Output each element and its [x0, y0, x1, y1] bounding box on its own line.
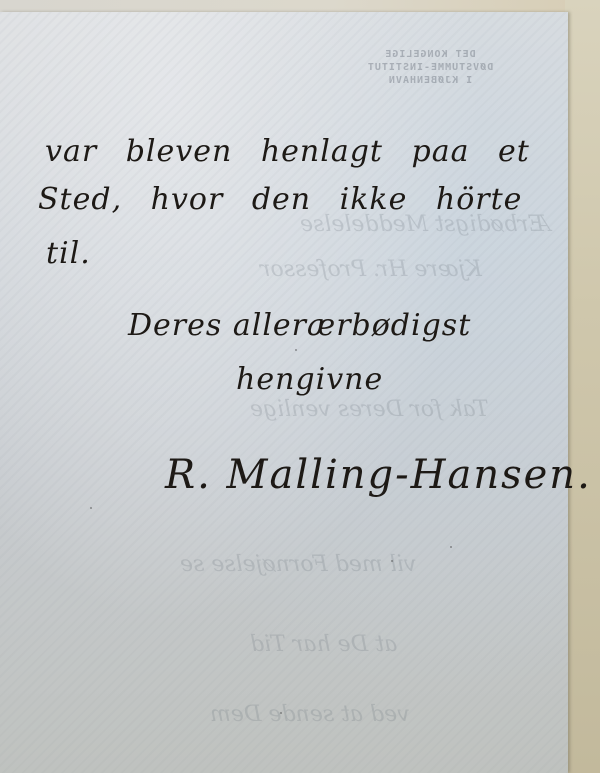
letter-page: DET KONGELIGE DØVSTUMME-INSTITUT I KJØBE…: [0, 12, 568, 773]
body-line: var bleven henlagt paa et: [45, 134, 530, 169]
letterhead-line: DET KONGELIGE: [355, 48, 505, 61]
bleed-through-line: ved at sende Dem: [210, 702, 410, 727]
letterhead-bleed-through: DET KONGELIGE DØVSTUMME-INSTITUT I KJØBE…: [355, 48, 505, 87]
backing-sheet: [565, 0, 600, 773]
paper-speck: [295, 349, 297, 351]
letterhead-line: DØVSTUMME-INSTITUT: [355, 61, 505, 74]
closing-salutation: Deres allerærbødigst: [128, 308, 471, 343]
bleed-through-line: Kjære Hr. Professor: [260, 257, 482, 282]
body-line: Sted, hvor den ikke hörte: [38, 182, 522, 217]
closing-salutation-2: hengivne: [236, 362, 383, 397]
bleed-through-line: vil med Fornøjelse se: [180, 552, 416, 577]
paper-speck: [391, 560, 393, 562]
bleed-through-line: at De har Tid: [250, 632, 397, 657]
body-line: til.: [46, 236, 91, 271]
bleed-through-line: Tak for Deres venlige: [250, 397, 489, 422]
letter-photo: DET KONGELIGE DØVSTUMME-INSTITUT I KJØBE…: [0, 0, 600, 773]
paper-speck: [280, 712, 282, 714]
paper-speck: [90, 507, 92, 509]
letterhead-line: I KJØBENHAVN: [355, 74, 505, 87]
signature: R. Malling-Hansen.: [165, 452, 592, 498]
paper-speck: [450, 546, 452, 548]
